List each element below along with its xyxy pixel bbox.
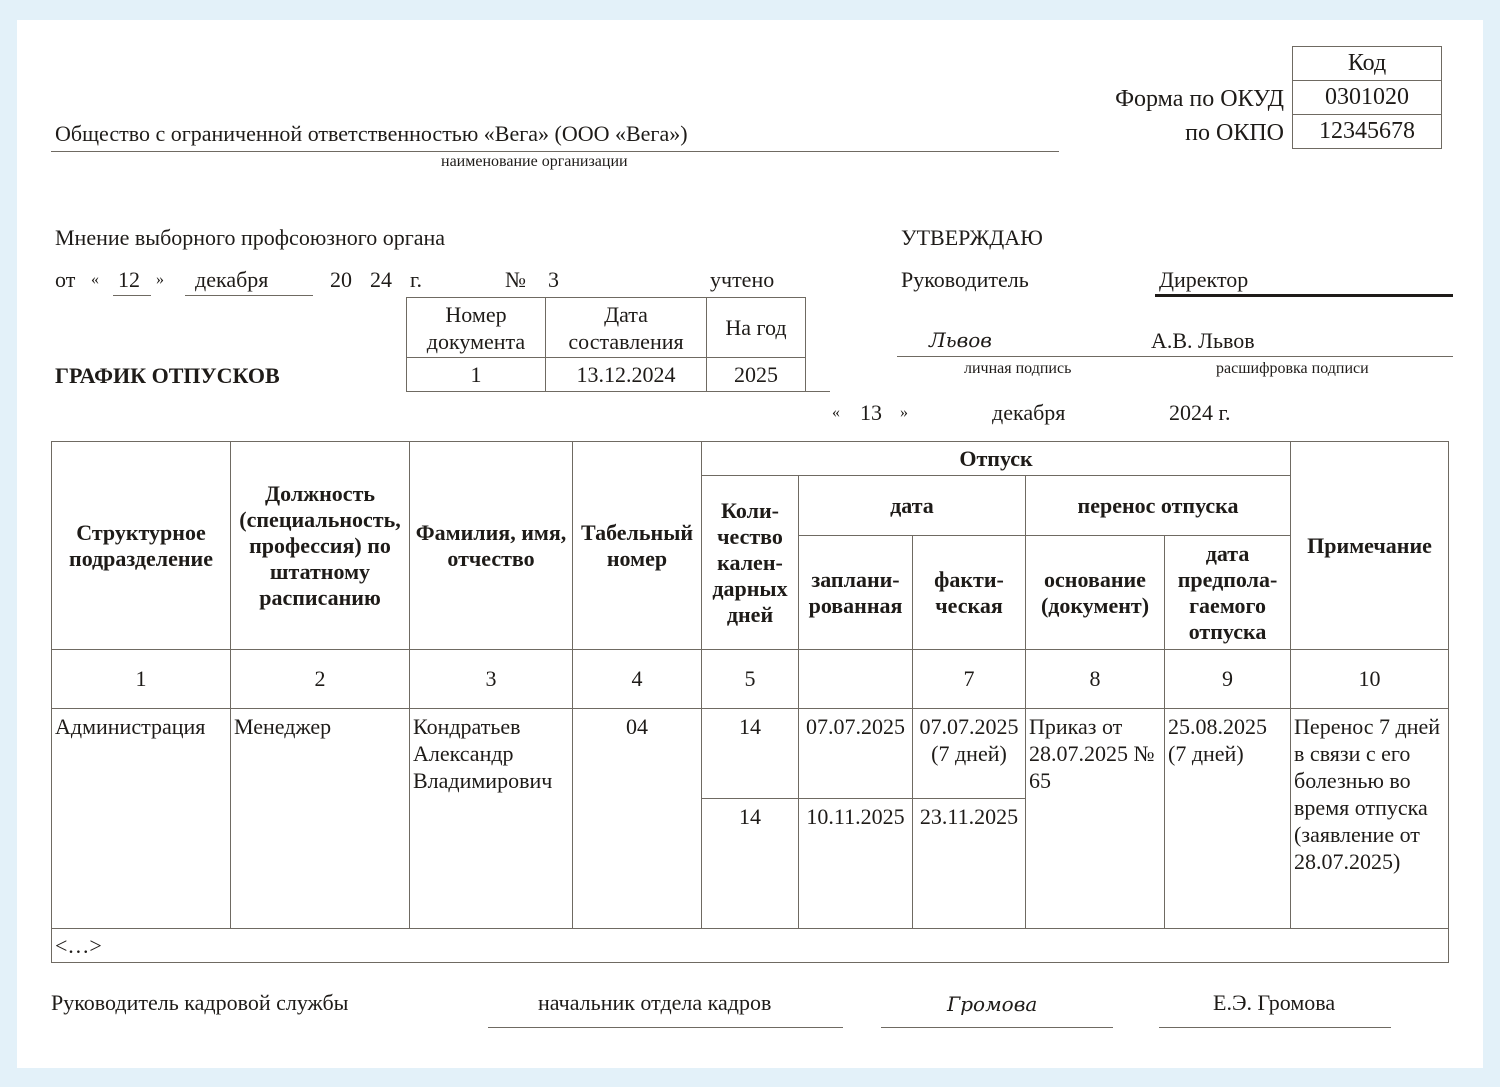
column-number: 5 [702, 650, 799, 709]
okud-value: 0301020 [1293, 81, 1442, 115]
doc-date-value: 13.12.2024 [546, 358, 707, 392]
footer-position: начальник отдела кадров [538, 990, 771, 1016]
footer-position-underline [488, 1027, 843, 1028]
quote-close: » [156, 271, 164, 289]
cell-planned: 10.11.2025 [799, 799, 913, 929]
footer-label: Руководитель кадровой службы [51, 990, 348, 1016]
doc-year-value: 2025 [707, 358, 806, 392]
column-number: 8 [1026, 650, 1165, 709]
vacation-schedule-table: Структурное подразделение Должность (спе… [51, 441, 1449, 963]
signature-underline [897, 356, 1453, 357]
footer-signature-underline [881, 1027, 1113, 1028]
header-note: Примечание [1291, 442, 1449, 650]
union-status: учтено [710, 267, 774, 293]
header-days: Коли-чество кален-дарных дней [702, 476, 799, 650]
doc-number-header: Номер документа [407, 298, 546, 358]
header-expected-date: дата предпола-гаемого отпуска [1165, 536, 1291, 650]
union-year: 24 [370, 267, 392, 293]
footer-signature: Громова [947, 992, 1037, 1016]
organization-name: Общество с ограниченной ответственностью… [55, 121, 688, 147]
header-date: дата [799, 476, 1026, 536]
signature-caption: личная подпись [964, 360, 1071, 378]
column-number: 10 [1291, 650, 1449, 709]
cell-days: 14 [702, 799, 799, 929]
header-actual: факти-ческая [913, 536, 1026, 650]
code-header: Код [1293, 47, 1442, 81]
footer-name-underline [1159, 1027, 1391, 1028]
codes-table: Код 0301020 12345678 [1292, 46, 1442, 149]
okpo-label: по ОКПО [1185, 120, 1284, 147]
header-vacation: Отпуск [702, 442, 1291, 476]
union-century: 20 [330, 267, 352, 293]
doc-year-header: На год [707, 298, 806, 358]
cell-tab-number: 04 [573, 709, 702, 929]
union-opinion-title: Мнение выборного профсоюзного органа [55, 225, 445, 251]
cell-actual: 23.11.2025 [913, 799, 1026, 929]
okpo-value: 12345678 [1293, 115, 1442, 149]
approval-role-label: Руководитель [901, 267, 1029, 293]
column-number: 2 [231, 650, 410, 709]
header-basis: основание (документ) [1026, 536, 1165, 650]
approval-title: УТВЕРЖДАЮ [901, 225, 1043, 251]
cell-position: Менеджер [231, 709, 410, 929]
document-title: ГРАФИК ОТПУСКОВ [55, 363, 280, 389]
cell-fio: Кондратьев Александр Владимирович [410, 709, 573, 929]
column-number: 7 [913, 650, 1026, 709]
approval-position: Директор [1159, 267, 1248, 293]
column-number: 9 [1165, 650, 1291, 709]
doc-number-value: 1 [407, 358, 546, 392]
footer-name: Е.Э. Громова [1213, 990, 1335, 1016]
quote-open: « [91, 271, 99, 289]
cell-days: 14 [702, 709, 799, 799]
organization-caption: наименование организации [441, 153, 628, 171]
approval-name: А.В. Львов [1151, 328, 1255, 354]
column-number: 4 [573, 650, 702, 709]
day-underline [113, 295, 151, 296]
position-underline [1155, 294, 1453, 297]
union-month: декабря [195, 267, 268, 293]
organization-underline [51, 151, 1059, 152]
document-info-table: Номер документа Дата составления На год … [406, 297, 806, 392]
approval-quote-open: « [832, 404, 840, 422]
cell-expected-date: 25.08.2025 (7 дней) [1165, 709, 1291, 929]
okud-label: Форма по ОКУД [1115, 86, 1284, 113]
cell-planned: 07.07.2025 [799, 709, 913, 799]
name-caption: расшифровка подписи [1216, 360, 1369, 378]
header-department: Структурное подразделение [52, 442, 231, 650]
union-number: 3 [548, 267, 559, 293]
table-ellipsis: <…> [52, 929, 1449, 963]
column-numbers-row: 1 2 3 4 5 7 8 9 10 [52, 650, 1449, 709]
header-planned: заплани-рованная [799, 536, 913, 650]
approval-year: 2024 г. [1169, 400, 1231, 426]
union-number-label: № [505, 267, 526, 293]
document-page: Форма по ОКУД по ОКПО Код 0301020 123456… [17, 20, 1483, 1068]
header-transfer: перенос отпуска [1026, 476, 1291, 536]
approval-day: 13 [860, 400, 882, 426]
approval-signature: Львов [929, 328, 992, 352]
cell-note: Перенос 7 дней в связи с его болезнью во… [1291, 709, 1449, 929]
header-position: Должность (специальность, профессия) по … [231, 442, 410, 650]
cell-department: Администрация [52, 709, 231, 929]
column-number: 1 [52, 650, 231, 709]
union-year-suffix: г. [410, 267, 422, 293]
union-day: 12 [118, 267, 140, 293]
header-fio: Фамилия, имя, отчество [410, 442, 573, 650]
month-underline [185, 295, 313, 296]
cell-basis: Приказ от 28.07.2025 № 65 [1026, 709, 1165, 929]
doc-table-tail [805, 391, 830, 392]
union-from-label: от [55, 267, 75, 293]
column-number [799, 650, 913, 709]
cell-actual: 07.07.2025 (7 дней) [913, 709, 1026, 799]
table-row: Администрация Менеджер Кондратьев Алекса… [52, 709, 1449, 799]
header-tab-number: Табельный номер [573, 442, 702, 650]
approval-month: декабря [992, 400, 1065, 426]
column-number: 3 [410, 650, 573, 709]
doc-date-header: Дата составления [546, 298, 707, 358]
approval-quote-close: » [900, 404, 908, 422]
